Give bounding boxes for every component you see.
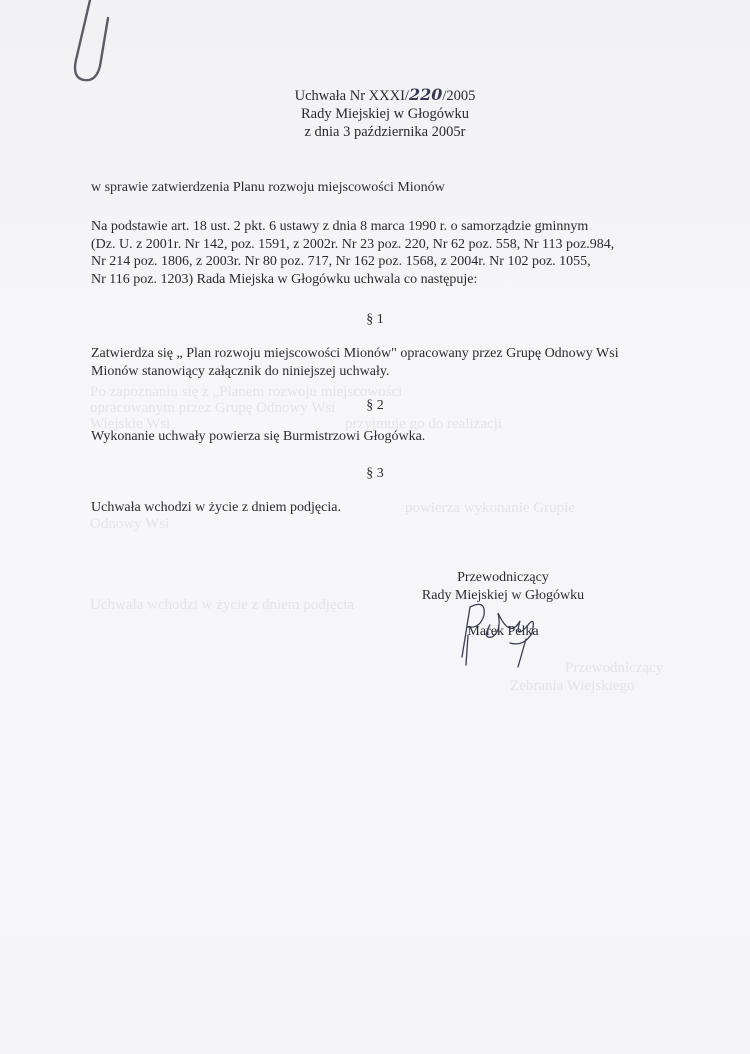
paperclip-icon (60, 0, 140, 90)
handwritten-number: 220 (409, 85, 442, 104)
show-through-text: Uchwała wchodzi w życie z dniem podjęcia (90, 597, 354, 614)
show-through-text: Przewodniczący (565, 660, 663, 677)
section-1-mark: § 1 (0, 312, 750, 328)
section-1-text: Zatwierdza się „ Plan rozwoju miejscowoś… (91, 345, 691, 380)
section-2-text: Wykonanie uchwały powierza się Burmistrz… (91, 428, 691, 446)
section-3-mark: § 3 (0, 466, 750, 482)
resolution-subject: w sprawie zatwierdzenia Planu rozwoju mi… (91, 180, 445, 196)
signatory-role: Przewodniczący (388, 569, 618, 587)
section-3-text: Uchwała wchodzi w życie z dniem podjęcia… (91, 499, 691, 517)
council-name: Rady Miejskiej w Głogówku (250, 105, 520, 123)
resolution-number: Uchwała Nr XXXI/220/2005 (250, 86, 520, 105)
show-through-text: Odnowy Wsi (90, 516, 169, 533)
section-2-mark: § 2 (0, 398, 750, 414)
document-page: Po zapoznaniu się z „Planem rozwoju miej… (0, 0, 750, 1054)
show-through-text: Zebrania Wiejskiego (510, 678, 635, 695)
resolution-date: z dnia 3 października 2005r (250, 123, 520, 141)
handwritten-signature (440, 595, 550, 670)
legal-basis: Na podstawie art. 18 ust. 2 pkt. 6 ustaw… (91, 218, 669, 288)
resolution-header: Uchwała Nr XXXI/220/2005 Rady Miejskiej … (250, 86, 520, 141)
